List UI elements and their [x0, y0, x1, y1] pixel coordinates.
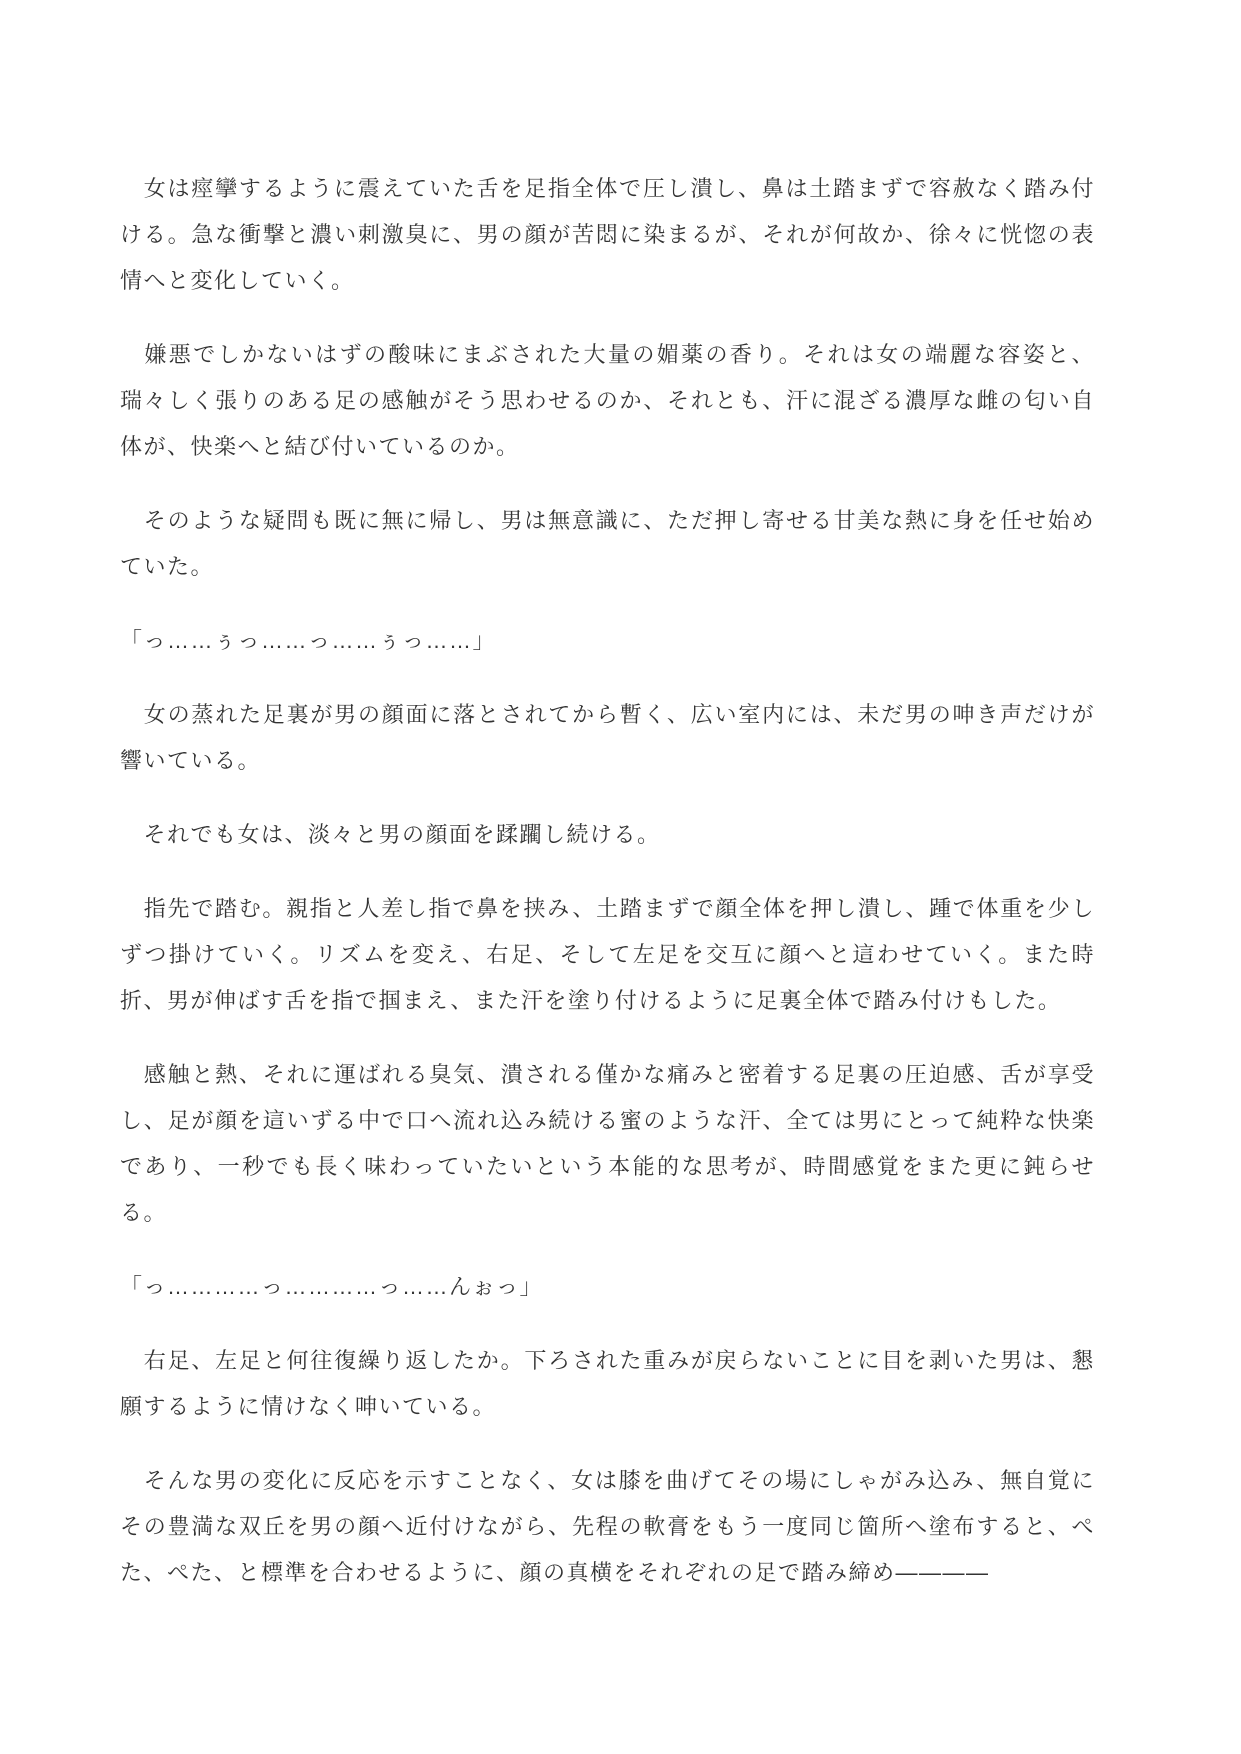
- document-content: 女は痙攣するように震えていた舌を足指全体で圧し潰し、鼻は土踏まずで容赦なく踏み付…: [120, 166, 1095, 1596]
- dialogue-line-2: 「っ…………っ…………っ……んぉっ」: [120, 1264, 1095, 1310]
- paragraph-7: 感触と熱、それに運ばれる臭気、潰される僅かな痛みと密着する足裏の圧迫感、舌が享受…: [120, 1052, 1095, 1236]
- paragraph-4: 女の蒸れた足裏が男の顔面に落とされてから暫く、広い室内には、未だ男の呻き声だけが…: [120, 692, 1095, 784]
- paragraph-1: 女は痙攣するように震えていた舌を足指全体で圧し潰し、鼻は土踏まずで容赦なく踏み付…: [120, 166, 1095, 304]
- paragraph-6: 指先で踏む。親指と人差し指で鼻を挟み、土踏まずで顔全体を押し潰し、踵で体重を少し…: [120, 886, 1095, 1024]
- paragraph-9: そんな男の変化に反応を示すことなく、女は膝を曲げてその場にしゃがみ込み、無自覚に…: [120, 1458, 1095, 1596]
- document-page: 女は痙攣するように震えていた舌を足指全体で圧し潰し、鼻は土踏まずで容赦なく踏み付…: [0, 0, 1241, 1754]
- paragraph-3: そのような疑問も既に無に帰し、男は無意識に、ただ押し寄せる甘美な熱に身を任せ始め…: [120, 498, 1095, 590]
- paragraph-8: 右足、左足と何往復繰り返したか。下ろされた重みが戻らないことに目を剥いた男は、懇…: [120, 1338, 1095, 1430]
- dialogue-line-1: 「っ……ぅっ……っ……ぅっ……」: [120, 618, 1095, 664]
- paragraph-5: それでも女は、淡々と男の顔面を蹂躙し続ける。: [120, 812, 1095, 858]
- paragraph-2: 嫌悪でしかないはずの酸味にまぶされた大量の媚薬の香り。それは女の端麗な容姿と、瑞…: [120, 332, 1095, 470]
